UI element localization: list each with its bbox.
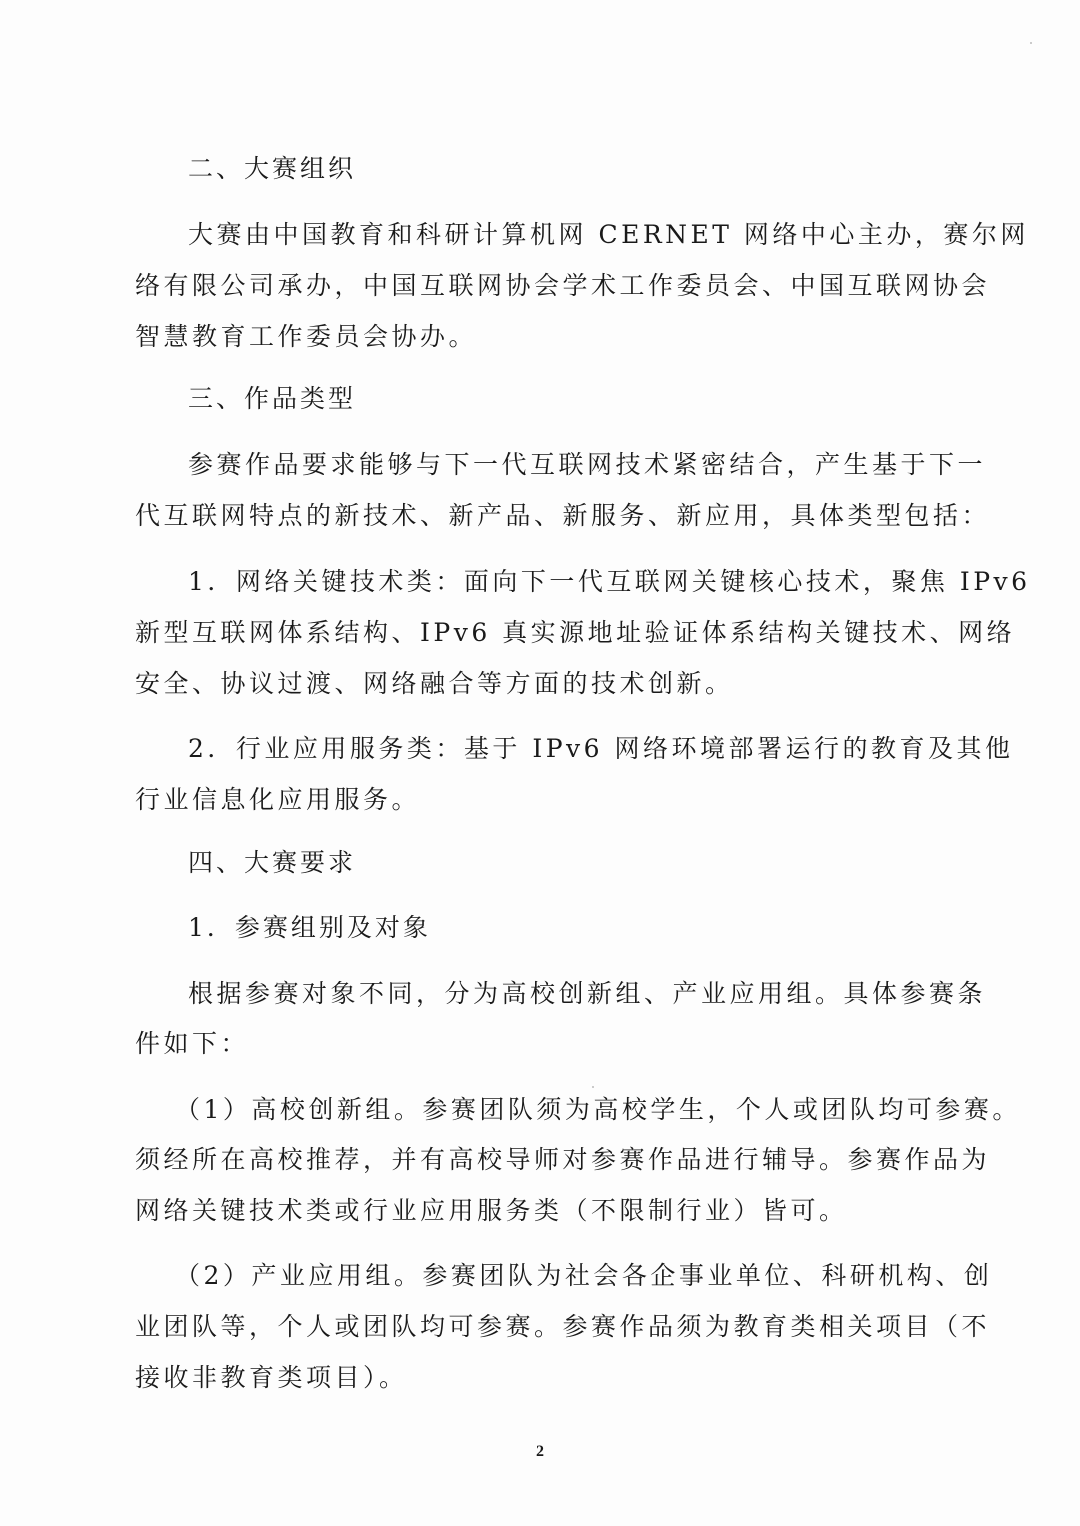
list-item-line: 安全、协议过渡、网络融合等方面的技术创新。 [135,668,955,700]
list-item-line: 行业信息化应用服务。 [135,784,955,816]
document-page: 二、大赛组织 大赛由中国教育和科研计算机网 CERNET 网络中心主办，赛尔网 … [0,0,1080,1526]
paragraph-line: 智慧教育工作委员会协办。 [135,321,955,353]
group-item-line: 须经所在高校推荐，并有高校导师对参赛作品进行辅导。参赛作品为 [135,1144,955,1176]
group-item-line: （2）产业应用组。参赛团队为社会各企事业单位、科研机构、创 [175,1260,955,1292]
subsection-heading-groups: 1．参赛组别及对象 [188,912,955,944]
list-item-line: 1．网络关键技术类：面向下一代互联网关键核心技术，聚焦 IPv6 [188,566,955,598]
paragraph-line: 件如下： [135,1028,955,1060]
group-item-line: 业团队等，个人或团队均可参赛。参赛作品须为教育类相关项目（不 [135,1311,955,1343]
group-item-line: （1）高校创新组。参赛团队须为高校学生，个人或团队均可参赛。 [175,1094,955,1126]
paragraph-line: 代互联网特点的新技术、新产品、新服务、新应用，具体类型包括： [135,500,955,532]
section-heading-organization: 二、大赛组织 [188,153,955,185]
paragraph-line: 参赛作品要求能够与下一代互联网技术紧密结合，产生基于下一 [188,449,955,481]
paragraph-line: 络有限公司承办，中国互联网协会学术工作委员会、中国互联网协会 [135,270,955,302]
section-heading-work-types: 三、作品类型 [188,383,955,415]
section-heading-requirements: 四、大赛要求 [188,847,955,879]
list-item-line: 新型互联网体系结构、IPv6 真实源地址验证体系结构关键技术、网络 [135,617,955,649]
scan-speck [592,1086,594,1088]
group-item-line: 接收非教育类项目）。 [135,1362,955,1394]
page-number: 2 [0,1443,1080,1461]
list-item-line: 2．行业应用服务类：基于 IPv6 网络环境部署运行的教育及其他 [188,733,955,765]
paragraph-line: 大赛由中国教育和科研计算机网 CERNET 网络中心主办，赛尔网 [188,219,955,251]
paragraph-line: 根据参赛对象不同，分为高校创新组、产业应用组。具体参赛条 [188,978,955,1010]
group-item-line: 网络关键技术类或行业应用服务类（不限制行业）皆可。 [135,1195,955,1227]
scan-speck [357,926,359,928]
scan-speck [1030,42,1032,44]
